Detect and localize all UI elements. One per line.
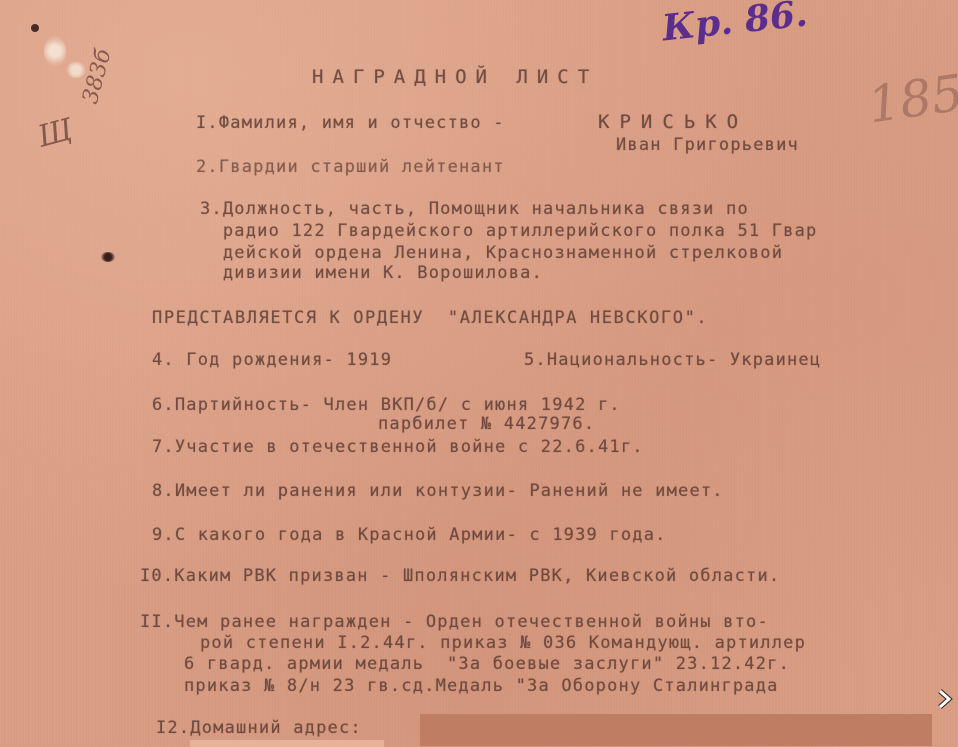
field-8-wounds: 8.Имеет ли ранения или контузии- Ранений… [152, 481, 724, 501]
document-viewer: 383б Щ 185 Кр. 86. НАГРАДНОЙ ЛИСТ I.Фами… [0, 0, 958, 747]
field-1-given-names: Иван Григорьевич [616, 135, 799, 155]
field-11-line-3: 6 гвард. армии медаль "За боевые заслуги… [184, 654, 790, 674]
field-6-line-2: парбилет № 4427976. [378, 414, 595, 434]
archive-mark: Кр. 86. [660, 0, 809, 49]
field-1-surname: КРИСЬКО [598, 111, 748, 133]
field-5-nationality: 5.Национальность- Украинец [524, 350, 821, 370]
paper-damage-top-left-2 [66, 62, 86, 78]
margin-note-archive-number: 383б [78, 46, 116, 106]
field-7-war-participation: 7.Участие в отечественной войне с 22.6.4… [152, 437, 644, 457]
document-title: НАГРАДНОЙ ЛИСТ [312, 66, 598, 88]
paper-hole-mid-left [101, 252, 115, 262]
field-2-rank: 2.Гвардии старший лейтенант [196, 157, 505, 177]
redacted-home-address [420, 714, 932, 746]
paper-damage-top-left [44, 36, 66, 66]
field-11-line-1: II.Чем ранее награжден - Орден отечестве… [140, 612, 769, 632]
field-3-line-1: 3.Должность, часть, Помощник начальника … [200, 199, 749, 219]
next-page-button[interactable] [934, 686, 956, 712]
field-9-service-start: 9.С какого года в Красной Армии- с 1939 … [152, 525, 667, 545]
nomination-line: ПРЕДСТАВЛЯЕТСЯ К ОРДЕНУ "АЛЕКСАНДРА НЕВС… [152, 308, 708, 328]
field-6-line-1: 6.Партийность- Член ВКП/б/ с июня 1942 г… [152, 395, 621, 415]
field-11-line-4: приказ № 8/н 23 гв.сд.Медаль "За Оборону… [184, 676, 779, 696]
field-1-label: I.Фамилия, имя и отчество - [196, 113, 516, 133]
redacted-address-line-2 [190, 740, 384, 747]
field-4-birth-year: 4. Год рождения- 1919 [152, 350, 392, 370]
field-10-conscription-office: I0.Каким РВК призван - Шполянским РВК, К… [140, 566, 780, 586]
margin-note-page-number: 185 [864, 64, 958, 135]
field-11-line-2: рой степени I.2.44г. приказ № 036 Команд… [200, 633, 806, 653]
award-sheet-scan: 383б Щ 185 Кр. 86. НАГРАДНОЙ ЛИСТ I.Фами… [0, 0, 958, 747]
chevron-right-icon [937, 689, 953, 709]
field-3-line-4: дивизии имени К. Ворошилова. [200, 263, 543, 283]
field-3-line-3: дейской ордена Ленина, Краснознаменной с… [200, 243, 783, 263]
field-12-home-address-label: I2.Домашний адрес: [156, 718, 362, 738]
field-3-line-2: радио 122 Гвардейского артиллерийского п… [200, 221, 817, 241]
ink-speck [31, 24, 39, 32]
margin-note-initials: Щ [34, 112, 76, 155]
